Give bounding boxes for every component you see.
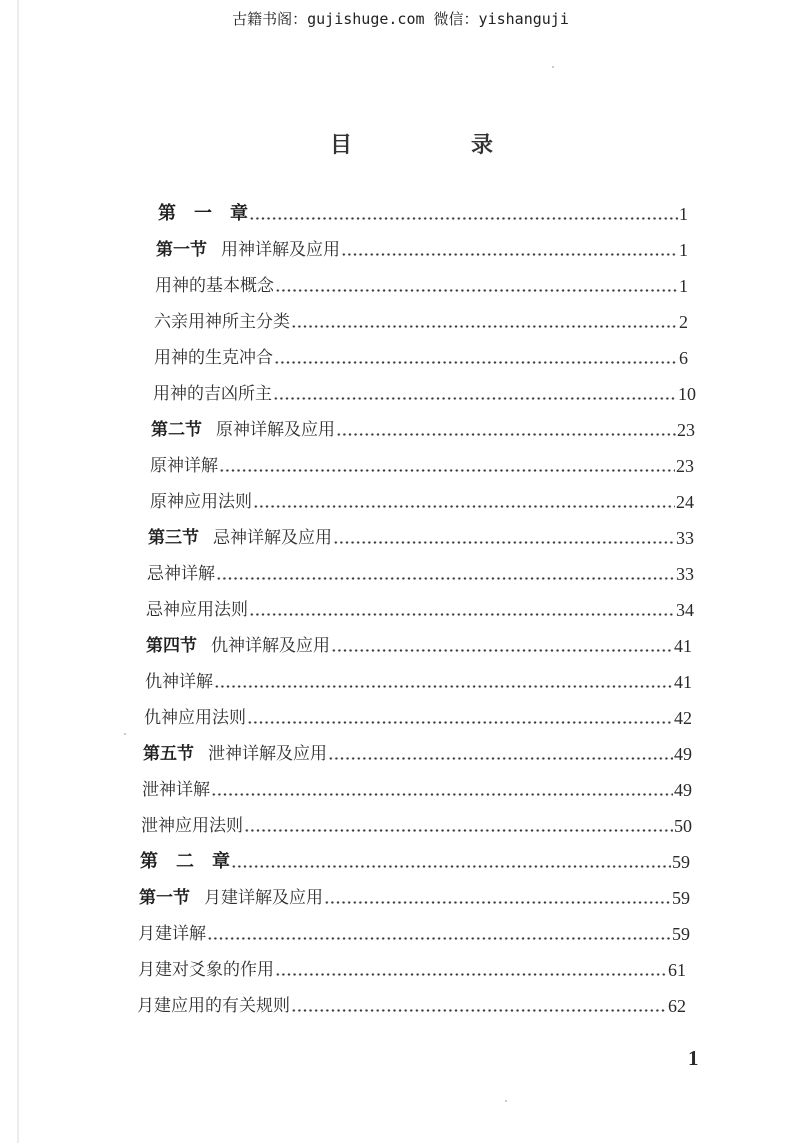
toc-entry-chapter: 第 一 章1 — [158, 198, 688, 226]
toc-entry-section: 第一节用神详解及应用1 — [156, 234, 688, 262]
toc-entry-text: 第 二 章 — [140, 851, 230, 872]
toc-page-number: 23 — [676, 454, 694, 478]
toc-entry-label: 忌神应用法则 — [146, 598, 248, 622]
toc-page-number: 1 — [679, 238, 688, 262]
toc-page-number: 59 — [672, 850, 690, 874]
toc-entry-label: 第二节原神详解及应用 — [151, 418, 335, 442]
dot-leader — [249, 613, 675, 616]
toc-entry-section: 第三节忌神详解及应用33 — [148, 522, 694, 550]
toc-entry-chapter: 第 二 章59 — [140, 846, 690, 874]
page-title: 目 录 — [0, 128, 801, 158]
toc-page-number: 59 — [672, 886, 690, 910]
toc-entry-item: 月建对爻象的作用61 — [138, 954, 686, 982]
toc-page-number: 49 — [674, 778, 692, 802]
toc-page-number: 2 — [679, 310, 688, 334]
toc-entry-text: 忌神详解 — [147, 564, 215, 584]
toc-entry-label: 仇神应用法则 — [144, 706, 246, 730]
dot-leader — [247, 721, 673, 724]
toc-entry-item: 泄神详解49 — [142, 774, 692, 802]
scan-speck — [124, 733, 126, 735]
dot-leader — [207, 937, 671, 940]
toc-entry-label: 第四节仇神详解及应用 — [146, 634, 330, 658]
toc-page-number: 6 — [679, 346, 688, 370]
toc-section-number: 第五节 — [143, 744, 194, 764]
toc-section-number: 第一节 — [156, 240, 207, 260]
toc-entry-label: 原神应用法则 — [150, 490, 252, 514]
dot-leader — [275, 973, 667, 976]
toc-entry-text: 原神详解及应用 — [216, 420, 335, 440]
toc-entry-label: 泄神详解 — [142, 778, 210, 802]
toc-entry-label: 月建应用的有关规则 — [137, 994, 290, 1018]
dot-leader — [331, 649, 673, 652]
dot-leader — [275, 289, 678, 292]
toc-page-number: 1 — [679, 202, 688, 226]
toc-entry-text: 泄神详解 — [142, 780, 210, 800]
title-char-lu: 录 — [471, 128, 493, 159]
toc-entry-item: 用神的生克冲合6 — [154, 342, 688, 370]
toc-section-number: 第四节 — [146, 636, 197, 656]
title-char-mu: 目 — [330, 128, 352, 159]
watermark-header: 古籍书阁：gujishuge.com 微信：yishanguji — [0, 8, 801, 29]
toc-page-number: 41 — [674, 670, 692, 694]
toc-entry-text: 忌神应用法则 — [146, 600, 248, 620]
toc-entry-text: 仇神详解及应用 — [211, 636, 330, 656]
toc-entry-text: 第 一 章 — [158, 203, 248, 224]
toc-entry-label: 月建对爻象的作用 — [138, 958, 274, 982]
toc-section-number: 第三节 — [148, 528, 199, 548]
toc-entry-section: 第二节原神详解及应用23 — [151, 414, 695, 442]
dot-leader — [274, 361, 678, 364]
dot-leader — [253, 505, 675, 508]
toc-entry-item: 用神的基本概念1 — [155, 270, 688, 298]
toc-entry-text: 月建对爻象的作用 — [138, 960, 274, 980]
toc-entry-label: 第一节用神详解及应用 — [156, 238, 340, 262]
toc-entry-text: 用神的吉凶所主 — [153, 384, 272, 404]
toc-entry-item: 原神应用法则24 — [150, 486, 694, 514]
toc-entry-text: 仇神应用法则 — [144, 708, 246, 728]
toc-entry-label: 忌神详解 — [147, 562, 215, 586]
scan-speck — [505, 1100, 507, 1102]
toc-entry-label: 泄神应用法则 — [141, 814, 243, 838]
toc-entry-item: 原神详解23 — [150, 450, 694, 478]
dot-leader — [249, 217, 678, 220]
toc-entry-label: 第 二 章 — [140, 850, 230, 874]
toc-entry-section: 第四节仇神详解及应用41 — [146, 630, 692, 658]
toc-entry-text: 用神的生克冲合 — [154, 348, 273, 368]
toc-entry-label: 月建详解 — [138, 922, 206, 946]
toc-page-number: 34 — [676, 598, 694, 622]
toc-entry-item: 仇神详解41 — [145, 666, 692, 694]
toc-page-number: 42 — [674, 706, 692, 730]
dot-leader — [219, 469, 675, 472]
toc-section-number: 第二节 — [151, 420, 202, 440]
dot-leader — [273, 397, 677, 400]
toc-entry-item: 用神的吉凶所主10 — [153, 378, 696, 406]
dot-leader — [328, 757, 673, 760]
toc-entry-text: 用神的基本概念 — [155, 276, 274, 296]
dot-leader — [231, 865, 671, 868]
toc-page-number: 62 — [668, 994, 686, 1018]
dot-leader — [244, 829, 673, 832]
toc-entry-label: 第一节月建详解及应用 — [139, 886, 323, 910]
toc-entry-text: 泄神应用法则 — [141, 816, 243, 836]
toc-entry-section: 第一节月建详解及应用59 — [139, 882, 690, 910]
dot-leader — [336, 433, 676, 436]
toc-page-number: 33 — [676, 562, 694, 586]
toc-page-number: 24 — [676, 490, 694, 514]
toc-entry-text: 原神详解 — [150, 456, 218, 476]
toc-entry-item: 月建应用的有关规则62 — [137, 990, 686, 1018]
toc-entry-text: 原神应用法则 — [150, 492, 252, 512]
toc-entry-section: 第五节泄神详解及应用49 — [143, 738, 692, 766]
toc-entry-text: 仇神详解 — [145, 672, 213, 692]
page-number: 1 — [688, 1046, 699, 1071]
toc-section-number: 第一节 — [139, 888, 190, 908]
toc-page-number: 50 — [674, 814, 692, 838]
toc-entry-item: 月建详解59 — [138, 918, 690, 946]
toc-entry-label: 仇神详解 — [145, 670, 213, 694]
toc-entry-text: 泄神详解及应用 — [208, 744, 327, 764]
toc-entry-item: 忌神详解33 — [147, 558, 694, 586]
toc-page-number: 23 — [677, 418, 695, 442]
toc-entry-label: 原神详解 — [150, 454, 218, 478]
toc-page-number: 49 — [674, 742, 692, 766]
scan-speck — [552, 66, 554, 68]
toc-entry-label: 六亲用神所主分类 — [154, 310, 290, 334]
toc-entry-text: 六亲用神所主分类 — [154, 312, 290, 332]
dot-leader — [216, 577, 675, 580]
toc-entry-text: 月建详解 — [138, 924, 206, 944]
toc-entry-label: 用神的吉凶所主 — [153, 382, 272, 406]
toc-page-number: 61 — [668, 958, 686, 982]
toc-entry-label: 用神的生克冲合 — [154, 346, 273, 370]
dot-leader — [324, 901, 671, 904]
toc-entry-label: 第三节忌神详解及应用 — [148, 526, 332, 550]
dot-leader — [214, 685, 673, 688]
dot-leader — [291, 1009, 667, 1012]
toc-entry-item: 六亲用神所主分类2 — [154, 306, 688, 334]
toc-entry-text: 忌神详解及应用 — [213, 528, 332, 548]
dot-leader — [211, 793, 673, 796]
toc-entry-label: 用神的基本概念 — [155, 274, 274, 298]
toc-entry-text: 月建应用的有关规则 — [137, 996, 290, 1016]
toc-entry-label: 第 一 章 — [158, 202, 248, 226]
toc-page-number: 33 — [676, 526, 694, 550]
toc-entry-item: 泄神应用法则50 — [141, 810, 692, 838]
dot-leader — [291, 325, 678, 328]
toc-entry-label: 第五节泄神详解及应用 — [143, 742, 327, 766]
toc-page-number: 1 — [679, 274, 688, 298]
toc-page-number: 10 — [678, 382, 696, 406]
dot-leader — [333, 541, 675, 544]
toc-entry-item: 仇神应用法则42 — [144, 702, 692, 730]
dot-leader — [341, 253, 678, 256]
toc-entry-text: 用神详解及应用 — [221, 240, 340, 260]
toc-page-number: 41 — [674, 634, 692, 658]
toc-page-number: 59 — [672, 922, 690, 946]
toc-entry-text: 月建详解及应用 — [204, 888, 323, 908]
toc-entry-item: 忌神应用法则34 — [146, 594, 694, 622]
scan-edge-line — [17, 0, 19, 1143]
